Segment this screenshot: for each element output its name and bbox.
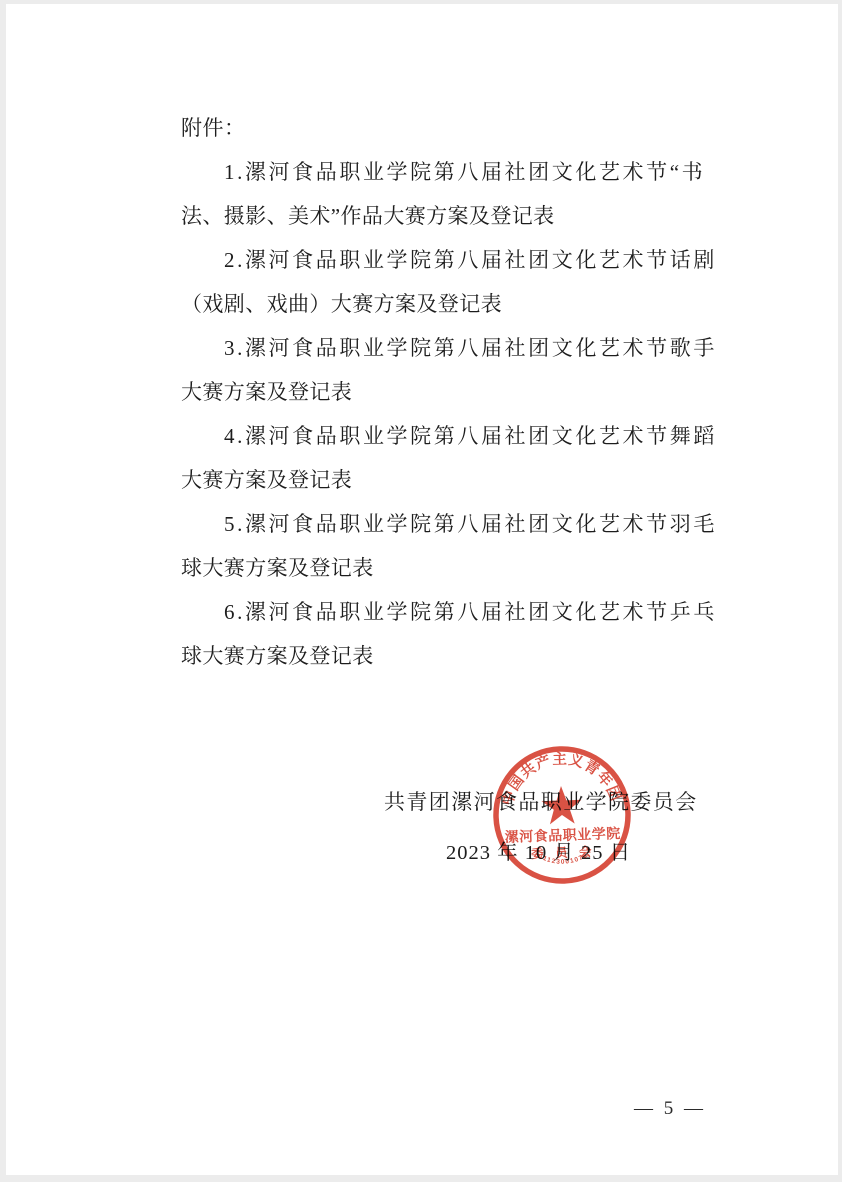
attachment-list: 附件： 1.漯河食品职业学院第八届社团文化艺术节“书 法、摄影、美术”作品大赛方… [181,106,741,678]
page-number: — 5 — [634,1098,706,1120]
attachment-item-6-line-2: 球大赛方案及登记表 [181,634,741,678]
attachment-item-4-line-1: 4.漯河食品职业学院第八届社团文化艺术节舞蹈 [181,414,741,458]
seal-org-text: 漯河食品职业学院 [504,825,620,845]
attachment-item-3-line-1: 3.漯河食品职业学院第八届社团文化艺术节歌手 [181,326,741,370]
attachment-item-1-line-2: 法、摄影、美术”作品大赛方案及登记表 [181,194,741,238]
attachment-item-4-line-2: 大赛方案及登记表 [181,458,741,502]
official-seal: 中国共产主义青年团 漯河食品职业学院 委 员 会 11123001078 [485,738,638,891]
scanned-document-page: 附件： 1.漯河食品职业学院第八届社团文化艺术节“书 法、摄影、美术”作品大赛方… [0,0,842,1182]
attachment-item-1-line-1: 1.漯河食品职业学院第八届社团文化艺术节“书 [181,150,741,194]
attachment-item-2-line-1: 2.漯河食品职业学院第八届社团文化艺术节话剧 [181,238,741,282]
paper-sheet: 附件： 1.漯河食品职业学院第八届社团文化艺术节“书 法、摄影、美术”作品大赛方… [6,4,838,1175]
attachment-label: 附件： [181,106,741,150]
seal-star-icon [541,785,582,824]
attachment-item-5-line-1: 5.漯河食品职业学院第八届社团文化艺术节羽毛 [181,502,741,546]
attachment-item-3-line-2: 大赛方案及登记表 [181,370,741,414]
attachment-item-6-line-1: 6.漯河食品职业学院第八届社团文化艺术节乒乓 [181,590,741,634]
attachment-item-5-line-2: 球大赛方案及登记表 [181,546,741,590]
attachment-item-2-line-2: （戏剧、戏曲）大赛方案及登记表 [181,282,741,326]
